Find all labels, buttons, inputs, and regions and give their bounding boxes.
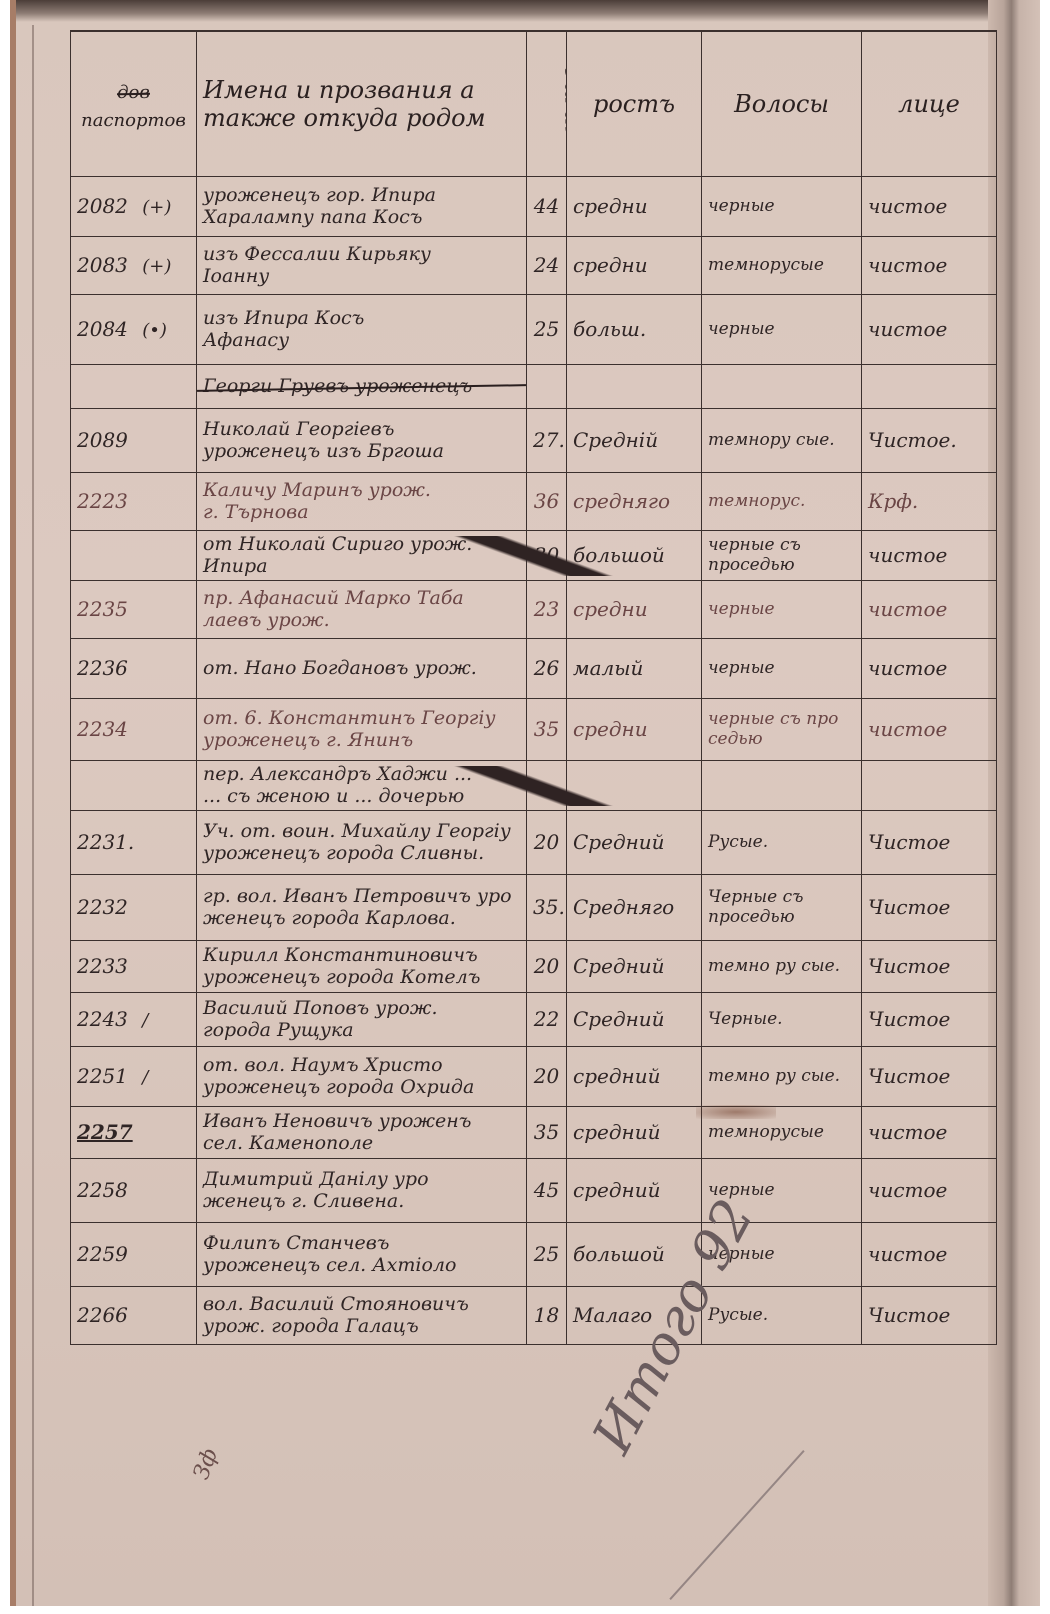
name-origin-cell: Василий Поповъ урож. города Рущука bbox=[197, 993, 527, 1047]
name-line-1: Димитрий Данiлу уро bbox=[203, 1169, 520, 1191]
passport-number-cell: 2083 (+) bbox=[71, 237, 197, 295]
name-origin-cell: от Николай Сириго урож. Ипира bbox=[197, 531, 527, 581]
height-cell: Средний bbox=[567, 993, 702, 1047]
height-cell bbox=[567, 761, 702, 811]
height-cell: средни bbox=[567, 237, 702, 295]
age-cell: 25 bbox=[527, 1223, 567, 1287]
signature: Зф bbox=[189, 1418, 313, 1512]
face-cell: Чистое bbox=[862, 1287, 997, 1345]
hair-cell: Русые. bbox=[702, 811, 862, 875]
entry-mark: (+) bbox=[142, 197, 171, 218]
entry-day: 16 bbox=[109, 941, 126, 944]
name-line-1: Иванъ Неновичъ уроженъ bbox=[203, 1111, 520, 1133]
table-row: 2259 Филипъ Станчевъ уроженецъ сел. Ахтi… bbox=[71, 1223, 997, 1287]
entry-day: 16 bbox=[109, 993, 126, 996]
height-cell: средняго bbox=[567, 473, 702, 531]
hair-cell: черные bbox=[702, 639, 862, 699]
hair-cell bbox=[702, 761, 862, 811]
age-cell: 44 bbox=[527, 177, 567, 237]
passport-number-cell: 2257 bbox=[71, 1107, 197, 1159]
height-cell: Средняго bbox=[567, 875, 702, 941]
name-line-1: изъ Фессалии Кирьяку bbox=[203, 244, 520, 266]
table-row: 16 2233 Кирилл Константиновичъ уроженецъ… bbox=[71, 941, 997, 993]
passport-number: 2258 bbox=[77, 1178, 128, 1202]
passport-number-cell: 2251 / bbox=[71, 1047, 197, 1107]
name-origin-cell: Филипъ Станчевъ уроженецъ сел. Ахтiоло bbox=[197, 1223, 527, 1287]
name-line-1: гр. вол. Иванъ Петровичъ уро bbox=[203, 886, 520, 908]
ink-stain bbox=[696, 1105, 776, 1119]
name-line-1: пр. Афанасий Марко Таба bbox=[203, 588, 520, 610]
name-line-2: Іоанну bbox=[203, 266, 520, 288]
hair-cell: темно ру сые. bbox=[702, 1047, 862, 1107]
age-cell: 23 bbox=[527, 581, 567, 639]
passport-number: 2251 bbox=[77, 1064, 128, 1088]
entry-day: 15 bbox=[109, 811, 126, 814]
passport-number: 2259 bbox=[77, 1242, 128, 1266]
passport-number: 2231. bbox=[77, 830, 134, 854]
age-cell: 35 bbox=[527, 699, 567, 761]
passport-number: 2236 bbox=[77, 656, 128, 680]
passport-number: 2082 bbox=[77, 194, 128, 218]
height-cell: Средний bbox=[567, 811, 702, 875]
passport-number: 2257 bbox=[77, 1120, 133, 1144]
table-row: 15 2231. Уч. от. воин. Михайлу Георгiу у… bbox=[71, 811, 997, 875]
passport-number: 2232 bbox=[77, 895, 128, 919]
name-origin-cell: Каличу Маринъ урож. г. Търнова bbox=[197, 473, 527, 531]
passport-number-cell: 16 2233 bbox=[71, 941, 197, 993]
name-line-1: вол. Василий Стояновичъ bbox=[203, 1294, 520, 1316]
face-cell bbox=[862, 761, 997, 811]
face-cell: чистое bbox=[862, 295, 997, 365]
hair-cell: Черные съ проседью bbox=[702, 875, 862, 941]
face-cell: чистое bbox=[862, 531, 997, 581]
name-origin-cell: изъ Ипира Косъ Афанасу bbox=[197, 295, 527, 365]
header-row: дов паспортов Имена и прозвания а также … bbox=[71, 31, 997, 177]
name-origin-cell: вол. Василий Стояновичъ урож. города Гал… bbox=[197, 1287, 527, 1345]
face-cell: чистое bbox=[862, 699, 997, 761]
passport-number-cell: 2082 (+) bbox=[71, 177, 197, 237]
face-cell: Чистое bbox=[862, 941, 997, 993]
name-line-2: лаевъ урож. bbox=[203, 610, 520, 632]
header-age: лѣта bbox=[527, 31, 567, 177]
table-row: 2089 Николай Георгiевъ уроженецъ изъ Брг… bbox=[71, 409, 997, 473]
height-cell: Средній bbox=[567, 409, 702, 473]
passport-number: 2266 bbox=[77, 1303, 128, 1327]
passport-number-cell: 16 2243 / bbox=[71, 993, 197, 1047]
header-height: ростъ bbox=[567, 31, 702, 177]
height-cell: средний bbox=[567, 1107, 702, 1159]
passport-number-cell: 2089 bbox=[71, 409, 197, 473]
hair-cell: темнорусые bbox=[702, 237, 862, 295]
margin-line bbox=[32, 25, 34, 1606]
name-origin-cell: от. вол. Наумъ Христо уроженецъ города О… bbox=[197, 1047, 527, 1107]
face-cell: чистое bbox=[862, 1159, 997, 1223]
table-row: 2082 (+) уроженецъ гор. Ипира Харалампу … bbox=[71, 177, 997, 237]
face-cell: чистое bbox=[862, 1107, 997, 1159]
name-line-2: уроженецъ сел. Ахтiоло bbox=[203, 1255, 520, 1277]
passport-number-cell bbox=[71, 761, 197, 811]
hair-cell: черные съ про седью bbox=[702, 699, 862, 761]
table-row: от Николай Сириго урож. Ипира 30 большой… bbox=[71, 531, 997, 581]
name-origin-cell: Кирилл Константиновичъ уроженецъ города … bbox=[197, 941, 527, 993]
passport-number: 2235 bbox=[77, 597, 128, 621]
table-row: 2251 / от. вол. Наумъ Христо уроженецъ г… bbox=[71, 1047, 997, 1107]
name-origin-cell: уроженецъ гор. Ипира Харалампу папа Косъ bbox=[197, 177, 527, 237]
hair-cell: Русые. bbox=[702, 1287, 862, 1345]
hair-cell: черные bbox=[702, 295, 862, 365]
table-row: 14 2236 от. Нано Богдановъ урож. 26 малы… bbox=[71, 639, 997, 699]
name-origin-cell: гр. вол. Иванъ Петровичъ уро женецъ горо… bbox=[197, 875, 527, 941]
table-row: 2223 Каличу Маринъ урож. г. Търнова 36 с… bbox=[71, 473, 997, 531]
hair-cell: черные bbox=[702, 581, 862, 639]
face-cell: Чистое. bbox=[862, 409, 997, 473]
name-line-2: женецъ г. Сливена. bbox=[203, 1191, 520, 1213]
face-cell: Чистое bbox=[862, 811, 997, 875]
header-name: Имена и прозвания а также откуда родом bbox=[197, 31, 527, 177]
hair-cell: черные съ проседью bbox=[702, 531, 862, 581]
name-origin-cell: пр. Афанасий Марко Таба лаевъ урож. bbox=[197, 581, 527, 639]
name-line-1: Каличу Маринъ урож. bbox=[203, 480, 520, 502]
age-cell: 18 bbox=[527, 1287, 567, 1345]
name-line-2: г. Търнова bbox=[203, 502, 520, 524]
passport-number: 2083 bbox=[77, 253, 128, 277]
age-cell: 36 bbox=[527, 473, 567, 531]
age-cell: 22 bbox=[527, 993, 567, 1047]
face-cell: чистое bbox=[862, 639, 997, 699]
name-line-1: от. Нано Богдановъ урож. bbox=[203, 658, 520, 680]
name-line-1: от. 6. Константинъ Георгiу bbox=[203, 708, 520, 730]
table-row: 16 2232 гр. вол. Иванъ Петровичъ уро жен… bbox=[71, 875, 997, 941]
height-cell: малый bbox=[567, 639, 702, 699]
age-cell: 30 bbox=[527, 531, 567, 581]
passport-number-cell bbox=[71, 531, 197, 581]
hair-cell: черные bbox=[702, 177, 862, 237]
name-origin-cell: Николай Георгiевъ уроженецъ изъ Бргоша bbox=[197, 409, 527, 473]
name-line-1: уроженецъ гор. Ипира bbox=[203, 185, 520, 207]
passport-number-cell: 2259 bbox=[71, 1223, 197, 1287]
name-origin-cell: от. Нано Богдановъ урож. bbox=[197, 639, 527, 699]
age-cell bbox=[527, 365, 567, 409]
passport-number-cell: 16 2232 bbox=[71, 875, 197, 941]
age-cell: 26 bbox=[527, 639, 567, 699]
passport-number: 2233 bbox=[77, 954, 128, 978]
name-line-2: сел. Каменополе bbox=[203, 1133, 520, 1155]
name-line-2: Ипира bbox=[203, 556, 520, 578]
name-line-2: женецъ города Карлова. bbox=[203, 908, 520, 930]
name-origin-cell: Уч. от. воин. Михайлу Георгiу уроженецъ … bbox=[197, 811, 527, 875]
name-line-2: уроженецъ города Котелъ bbox=[203, 967, 520, 989]
face-cell: Крф. bbox=[862, 473, 997, 531]
passport-number: 2223 bbox=[77, 489, 128, 513]
age-cell bbox=[527, 761, 567, 811]
height-cell: средний bbox=[567, 1159, 702, 1223]
passport-number-cell: 2223 bbox=[71, 473, 197, 531]
height-cell: средни bbox=[567, 581, 702, 639]
passport-number-cell bbox=[71, 365, 197, 409]
passport-number-cell: 2258 bbox=[71, 1159, 197, 1223]
hair-cell: темнору сые. bbox=[702, 409, 862, 473]
entry-mark: (•) bbox=[142, 320, 167, 341]
name-line-2: урож. города Галацъ bbox=[203, 1316, 520, 1338]
name-line-1: изъ Ипира Косъ bbox=[203, 308, 520, 330]
name-line-2: ... съ женою и ... дочерью bbox=[203, 786, 520, 808]
height-cell: Средний bbox=[567, 941, 702, 993]
passport-register-table: дов паспортов Имена и прозвания а также … bbox=[70, 30, 997, 1345]
hair-cell bbox=[702, 365, 862, 409]
passport-number: 2084 bbox=[77, 317, 128, 341]
table-row: пер. Александръ Хаджи ... ... съ женою и… bbox=[71, 761, 997, 811]
name-line-1: Василий Поповъ урож. bbox=[203, 998, 520, 1020]
name-origin-cell: от. 6. Константинъ Георгiу уроженецъ г. … bbox=[197, 699, 527, 761]
entry-day: 14 bbox=[109, 699, 126, 702]
passport-number-cell: 2084 (•) bbox=[71, 295, 197, 365]
entry-mark: / bbox=[142, 1010, 148, 1031]
name-origin-cell: Георги Груевъ уроженецъ bbox=[197, 365, 527, 409]
passport-number-cell: 14 2234 bbox=[71, 699, 197, 761]
table-row: 2084 (•) изъ Ипира Косъ Афанасу 25 больш… bbox=[71, 295, 997, 365]
hair-cell: темнорус. bbox=[702, 473, 862, 531]
face-cell: Чистое bbox=[862, 1047, 997, 1107]
table-row: 14 2234 от. 6. Константинъ Георгiу уроже… bbox=[71, 699, 997, 761]
passport-number-cell: 2266 bbox=[71, 1287, 197, 1345]
entry-mark: / bbox=[142, 1067, 148, 1088]
header-number-label: паспортов bbox=[81, 110, 186, 131]
age-cell: 20 bbox=[527, 1047, 567, 1107]
name-line-2: Харалампу папа Косъ bbox=[203, 207, 520, 229]
name-line-1: от Николай Сириго урож. bbox=[203, 534, 520, 556]
height-cell: средни bbox=[567, 177, 702, 237]
name-line-1: от. вол. Наумъ Христо bbox=[203, 1055, 520, 1077]
entry-day: 16 bbox=[109, 875, 126, 878]
name-origin-cell: Иванъ Неновичъ уроженъ сел. Каменополе bbox=[197, 1107, 527, 1159]
age-cell: 20 bbox=[527, 941, 567, 993]
passport-number: 2089 bbox=[77, 428, 128, 452]
name-line-1: Кирилл Константиновичъ bbox=[203, 945, 520, 967]
name-line-1: Николай Георгiевъ bbox=[203, 419, 520, 441]
table-row: 14 2235 пр. Афанасий Марко Таба лаевъ ур… bbox=[71, 581, 997, 639]
age-cell: 27. bbox=[527, 409, 567, 473]
passport-number-cell: 14 2236 bbox=[71, 639, 197, 699]
header-hair: Волосы bbox=[702, 31, 862, 177]
name-line-1: пер. Александръ Хаджи ... bbox=[203, 764, 520, 786]
height-cell: больш. bbox=[567, 295, 702, 365]
name-origin-cell: пер. Александръ Хаджи ... ... съ женою и… bbox=[197, 761, 527, 811]
table-row: 2257 Иванъ Неновичъ уроженъ сел. Каменоп… bbox=[71, 1107, 997, 1159]
age-cell: 35. bbox=[527, 875, 567, 941]
entry-mark: (+) bbox=[142, 256, 171, 277]
passport-number-cell: 14 2235 bbox=[71, 581, 197, 639]
face-cell: Чистое bbox=[862, 875, 997, 941]
name-line-1: Георги Груевъ уроженецъ bbox=[203, 376, 520, 398]
name-line-2: уроженецъ города Охрида bbox=[203, 1077, 520, 1099]
name-origin-cell: Димитрий Данiлу уро женецъ г. Сливена. bbox=[197, 1159, 527, 1223]
face-cell: чистое bbox=[862, 581, 997, 639]
age-cell: 25 bbox=[527, 295, 567, 365]
passport-number: 2234 bbox=[77, 717, 128, 741]
passport-number: 2243 bbox=[77, 1007, 128, 1031]
height-cell bbox=[567, 365, 702, 409]
name-line-2: уроженецъ г. Янинъ bbox=[203, 730, 520, 752]
header-face: лице bbox=[862, 31, 997, 177]
ledger-page: дов паспортов Имена и прозвания а также … bbox=[10, 0, 1040, 1606]
entry-day: 14 bbox=[109, 639, 126, 642]
name-origin-cell: изъ Фессалии Кирьяку Іоанну bbox=[197, 237, 527, 295]
name-line-1: Филипъ Станчевъ bbox=[203, 1233, 520, 1255]
table-row: 2258 Димитрий Данiлу уро женецъ г. Сливе… bbox=[71, 1159, 997, 1223]
hair-cell: Черные. bbox=[702, 993, 862, 1047]
age-cell: 35 bbox=[527, 1107, 567, 1159]
passport-number-cell: 15 2231. bbox=[71, 811, 197, 875]
face-cell: чистое bbox=[862, 237, 997, 295]
height-cell: средний bbox=[567, 1047, 702, 1107]
age-cell: 45 bbox=[527, 1159, 567, 1223]
table-row: 2083 (+) изъ Фессалии Кирьяку Іоанну 24 … bbox=[71, 237, 997, 295]
name-line-2: Афанасу bbox=[203, 330, 520, 352]
age-cell: 20 bbox=[527, 811, 567, 875]
name-line-1: Уч. от. воин. Михайлу Георгiу bbox=[203, 821, 520, 843]
name-line-2: уроженецъ города Сливны. bbox=[203, 843, 520, 865]
table-row: Георги Груевъ уроженецъ bbox=[71, 365, 997, 409]
page-top-shadow bbox=[16, 0, 1040, 22]
hair-cell: темно ру сые. bbox=[702, 941, 862, 993]
name-line-2: города Рущука bbox=[203, 1020, 520, 1042]
age-cell: 24 bbox=[527, 237, 567, 295]
face-cell: Чистое bbox=[862, 993, 997, 1047]
table-row: 2266 вол. Василий Стояновичъ урож. город… bbox=[71, 1287, 997, 1345]
closing-slash bbox=[669, 1450, 804, 1600]
face-cell: чистое bbox=[862, 177, 997, 237]
face-cell: чистое bbox=[862, 1223, 997, 1287]
height-cell: большой bbox=[567, 531, 702, 581]
entry-day: 14 bbox=[109, 581, 126, 584]
face-cell bbox=[862, 365, 997, 409]
header-number: дов паспортов bbox=[71, 31, 197, 177]
table-row: 16 2243 / Василий Поповъ урож. города Ру… bbox=[71, 993, 997, 1047]
name-line-2: уроженецъ изъ Бргоша bbox=[203, 441, 520, 463]
height-cell: средни bbox=[567, 699, 702, 761]
header-number-struck: дов bbox=[117, 82, 150, 103]
header-age-label: лѣта bbox=[556, 67, 567, 141]
